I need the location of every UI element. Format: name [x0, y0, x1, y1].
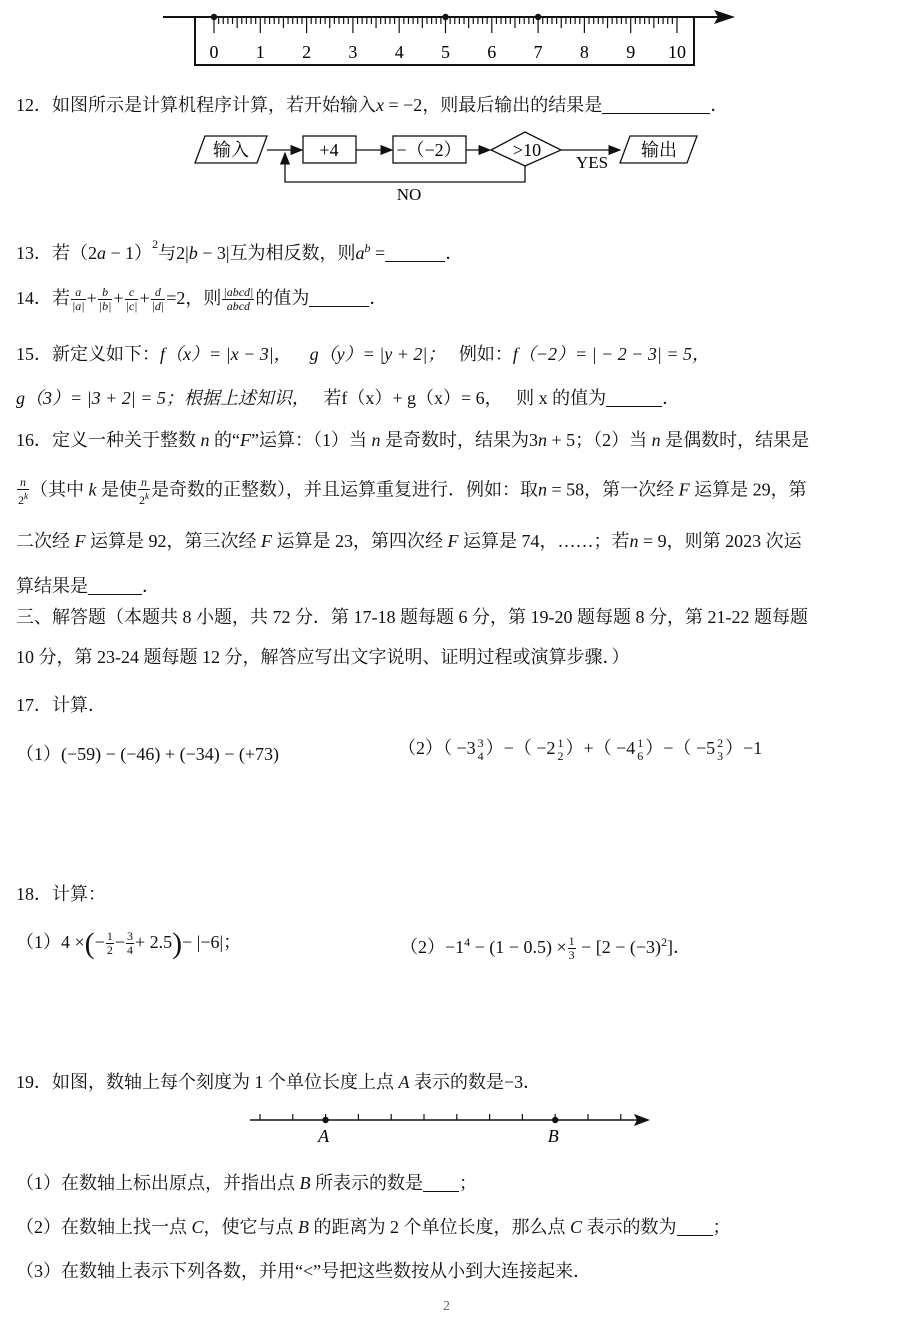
question-18-part-2: （2）−14 − (1 − 0.5) ×13 − [2 − (−3)2]．	[400, 930, 691, 962]
ruler-label: 1	[256, 42, 265, 62]
ruler-label: 0	[210, 42, 219, 62]
question-16-line-2: n2k（其中 k 是使n2k是奇数的正整数），并且运算重复进行．例如：取n = …	[16, 476, 807, 507]
question-18-part-1: （1）4 ×(−12−34+ 2.5)− |−6|；	[16, 930, 241, 957]
svg-text:YES: YES	[576, 153, 608, 172]
svg-text:A: A	[317, 1126, 330, 1146]
svg-text:−（−2）: −（−2）	[396, 140, 461, 160]
section-3-header: 三、解答题（本题共 8 小题，共 72 分．第 17-18 题每题 6 分，第 …	[16, 605, 808, 629]
question-19-sub-1: （1）在数轴上标出原点，并指出点 B 所表示的数是；	[16, 1171, 477, 1195]
ruler-label: 5	[441, 42, 450, 62]
question-18-title: 18．计算：	[16, 882, 106, 906]
section-3-header-cont: 10 分，第 23-24 题每题 12 分，解答应写出文字说明、证明过程或演算步…	[16, 645, 630, 669]
question-19: 19．如图，数轴上每个刻度为 1 个单位长度上点 A 表示的数是−3．	[16, 1070, 541, 1094]
point-b	[552, 1117, 558, 1123]
ruler-figure: 012345678910	[0, 0, 899, 75]
question-15-line-2: g（3）= |3 + 2| = 5；根据上述知识， 若f（x）+ g（x）= 6…	[16, 386, 680, 410]
svg-text:输入: 输入	[213, 140, 249, 160]
svg-text:输出: 输出	[641, 140, 677, 160]
ruler-label: 6	[487, 42, 496, 62]
answer-blank[interactable]	[677, 1217, 713, 1236]
question-17-part-2: （2）（ −334）−（ −212）+（ −416）−（ −523）−1	[398, 736, 762, 763]
point-a	[322, 1117, 328, 1123]
answer-blank[interactable]	[602, 95, 710, 114]
question-15-line-1: 15．新定义如下：f（x）= |x − 3|， g（y）= |y + 2|； 例…	[16, 342, 710, 366]
ruler-label: 7	[534, 42, 543, 62]
ruler-label: 4	[395, 42, 404, 62]
flowchart-figure: 输入 +4 −（−2） >10 YES 输出 NO	[180, 125, 720, 205]
ruler-point	[442, 14, 448, 20]
question-19-sub-2: （2）在数轴上找一点 C，使它与点 B 的距离为 2 个单位长度，那么点 C 表…	[16, 1215, 731, 1239]
svg-text:B: B	[548, 1126, 559, 1146]
answer-blank[interactable]	[423, 1173, 459, 1192]
page-number: 2	[443, 1299, 450, 1315]
ruler-label: 9	[626, 42, 635, 62]
svg-text:+4: +4	[319, 140, 338, 160]
answer-blank[interactable]	[88, 576, 142, 595]
svg-text:NO: NO	[397, 185, 422, 204]
ruler-label: 10	[668, 42, 686, 62]
ruler-label: 8	[580, 42, 589, 62]
answer-blank[interactable]	[385, 243, 445, 262]
answer-blank[interactable]	[309, 288, 369, 307]
question-16-line-4: 算结果是．	[16, 574, 160, 598]
ruler-point	[535, 14, 541, 20]
question-13: 13．若（2a − 1）2与2|b − 3|互为相反数，则ab =．	[16, 236, 463, 265]
question-12: 12．如图所示是计算机程序计算，若开始输入x = −2，则最后输出的结果是．	[16, 93, 728, 117]
question-17-part-1: （1）(−59) − (−46) + (−34) − (+73)	[16, 742, 279, 766]
ruler-label: 2	[302, 42, 311, 62]
question-14: 14．若a|a|+b|b|+c|c|+d|d|=2，则|abcd|abcd的值为…	[16, 286, 387, 313]
question-19-sub-3: （3）在数轴上表示下列各数，并用“<”号把这些数按从小到大连接起来．	[16, 1259, 591, 1283]
ruler-point	[211, 14, 217, 20]
number-line-figure: AB	[240, 1100, 660, 1150]
svg-text:>10: >10	[513, 140, 541, 160]
answer-blank[interactable]	[606, 388, 662, 407]
question-16-line-3: 二次经 F 运算是 92，第三次经 F 运算是 23，第四次经 F 运算是 74…	[16, 529, 802, 553]
ruler-label: 3	[348, 42, 357, 62]
question-17-title: 17．计算．	[16, 693, 106, 717]
question-16-line-1: 16．定义一种关于整数 n 的“F”运算：（1）当 n 是奇数时，结果为3n +…	[16, 428, 809, 452]
